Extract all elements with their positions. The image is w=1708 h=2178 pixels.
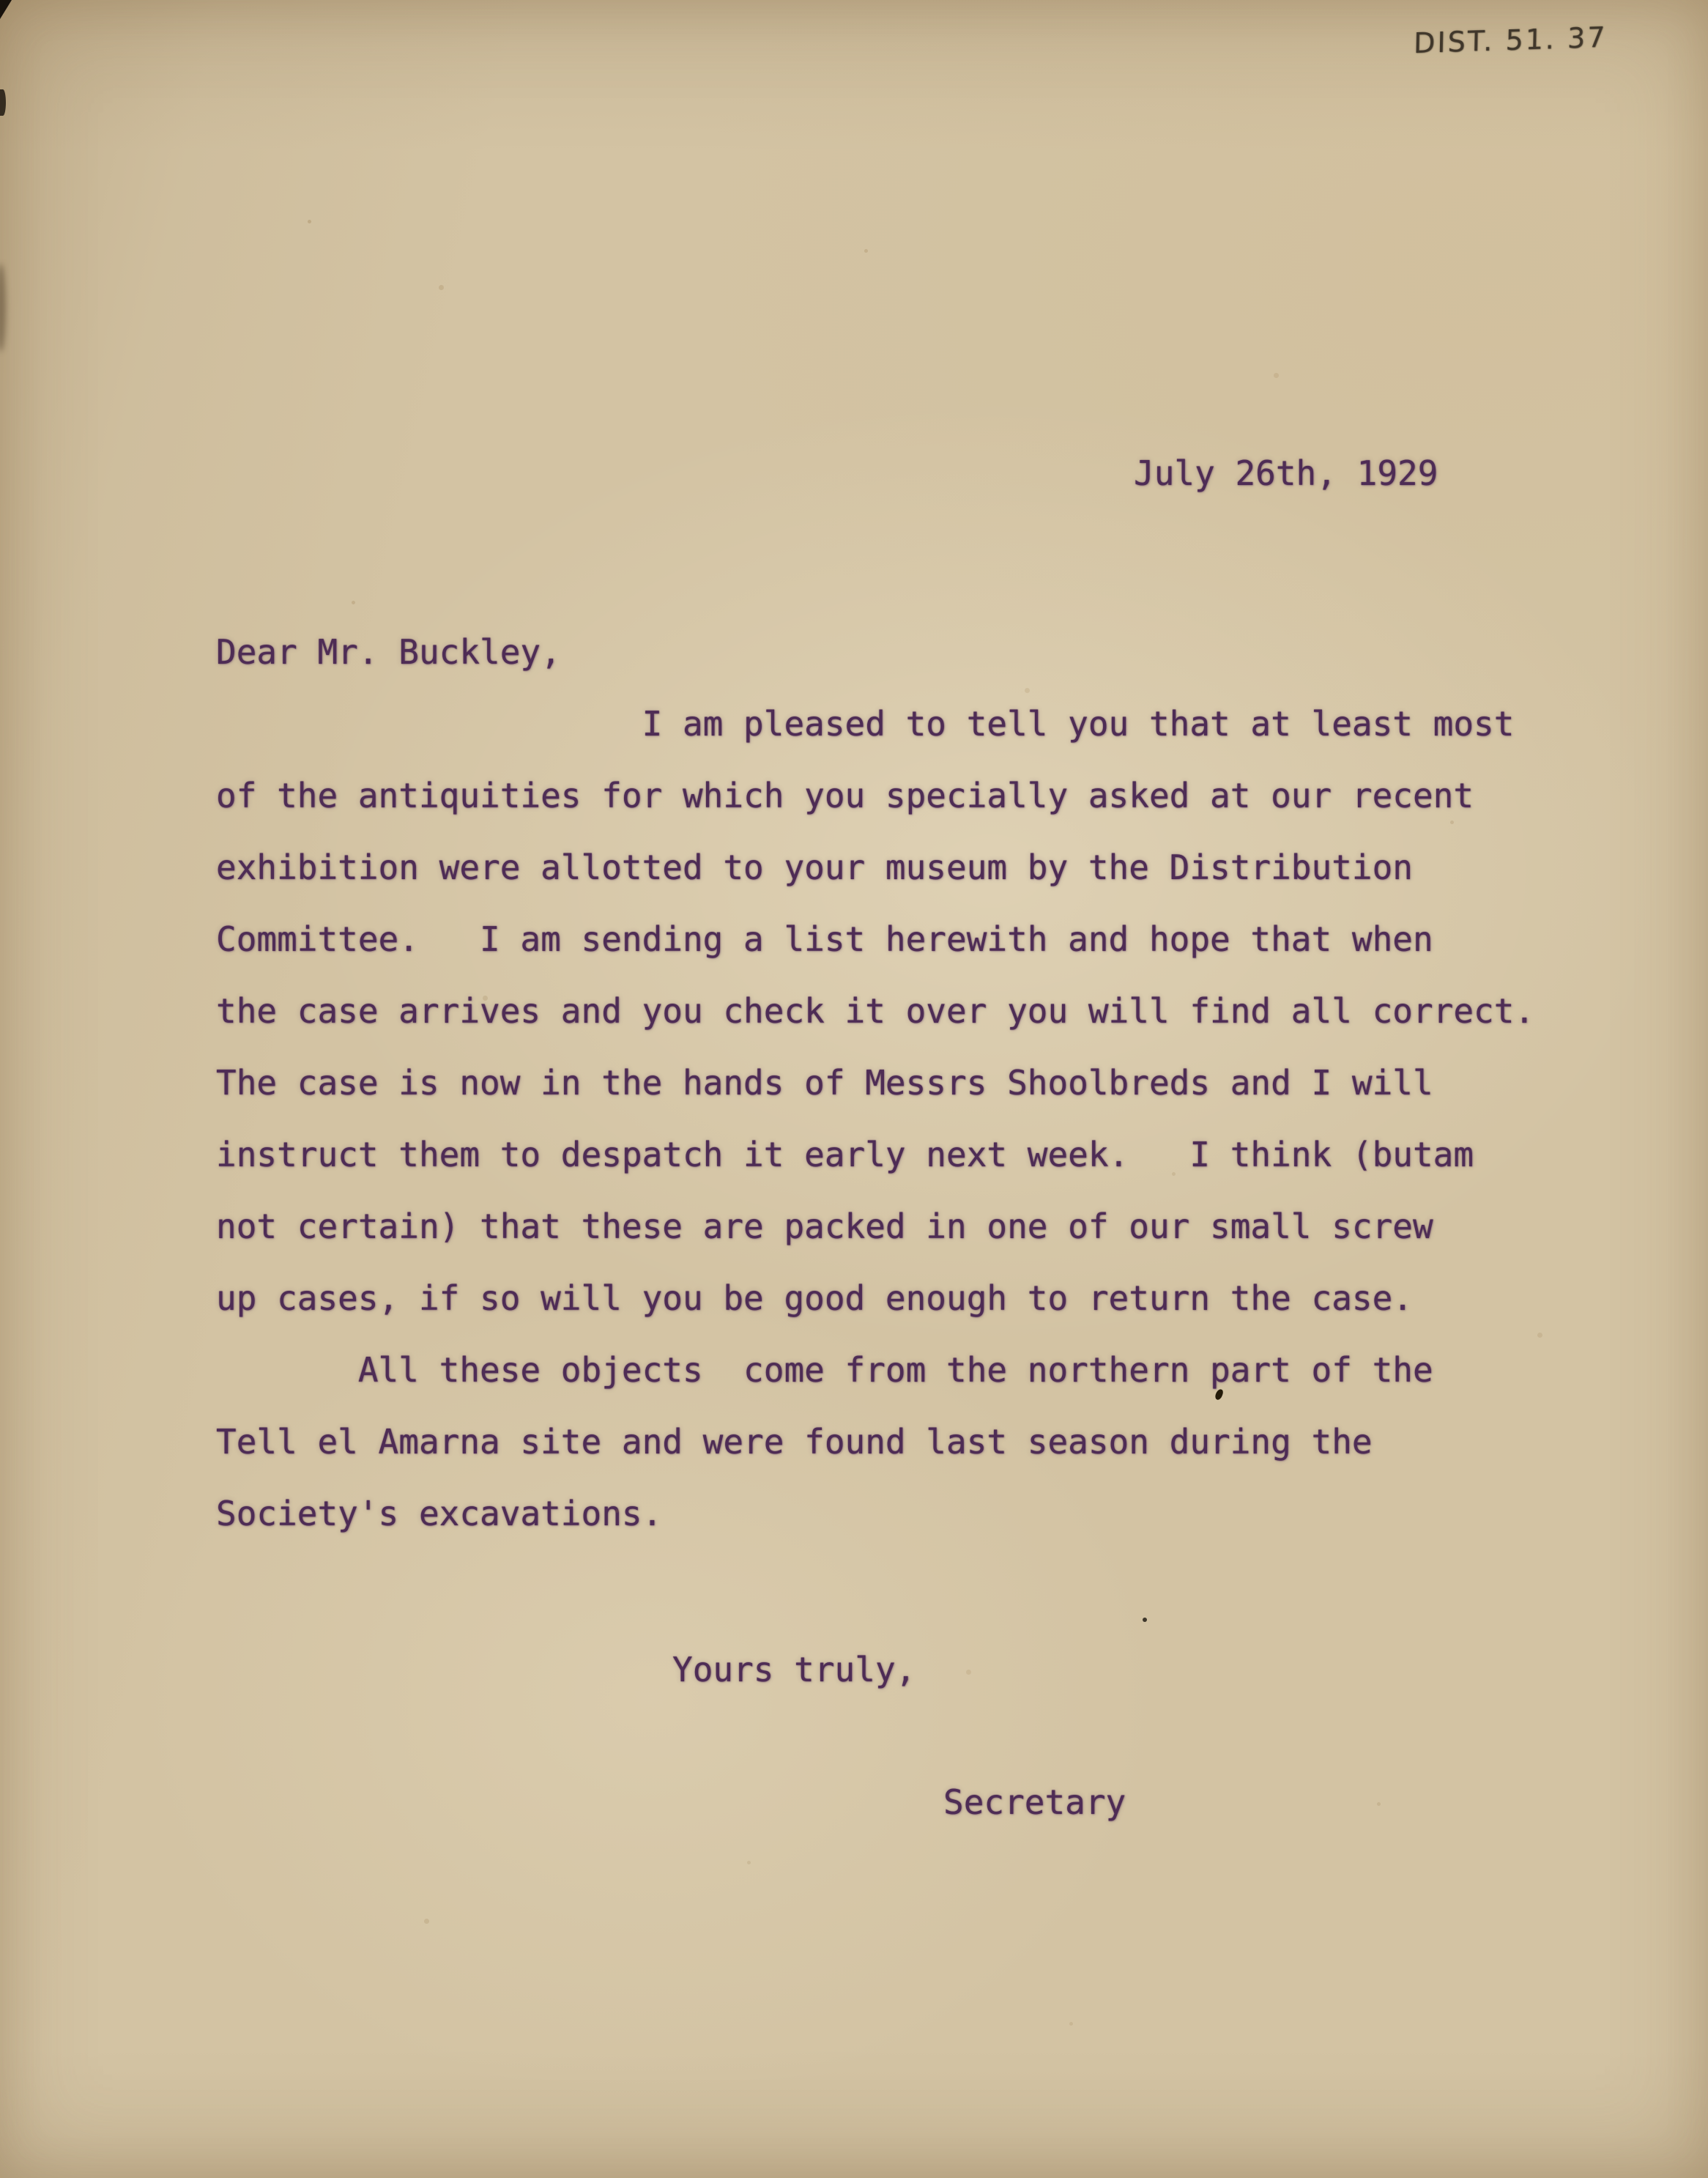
scan-edge-shadow [0,264,6,352]
scan-corner-artifact [0,0,12,19]
stray-dot-artifact [1143,1618,1147,1622]
pencil-reference-annotation: DIST. 51. 37 [1414,23,1608,57]
letter-closing: Yours truly, [672,1653,916,1686]
letter-body-text: Dear Mr. Buckley, I am pleased to tell y… [216,616,1534,1549]
letter-date: July 26th, 1929 [1134,456,1438,490]
letter-signature-secretary: Secretary [943,1785,1126,1819]
letter-scan-page: DIST. 51. 37 July 26th, 1929 Dear Mr. Bu… [0,0,1708,2178]
paper-speckle-texture [308,220,311,223]
scan-edge-artifact [0,89,6,116]
